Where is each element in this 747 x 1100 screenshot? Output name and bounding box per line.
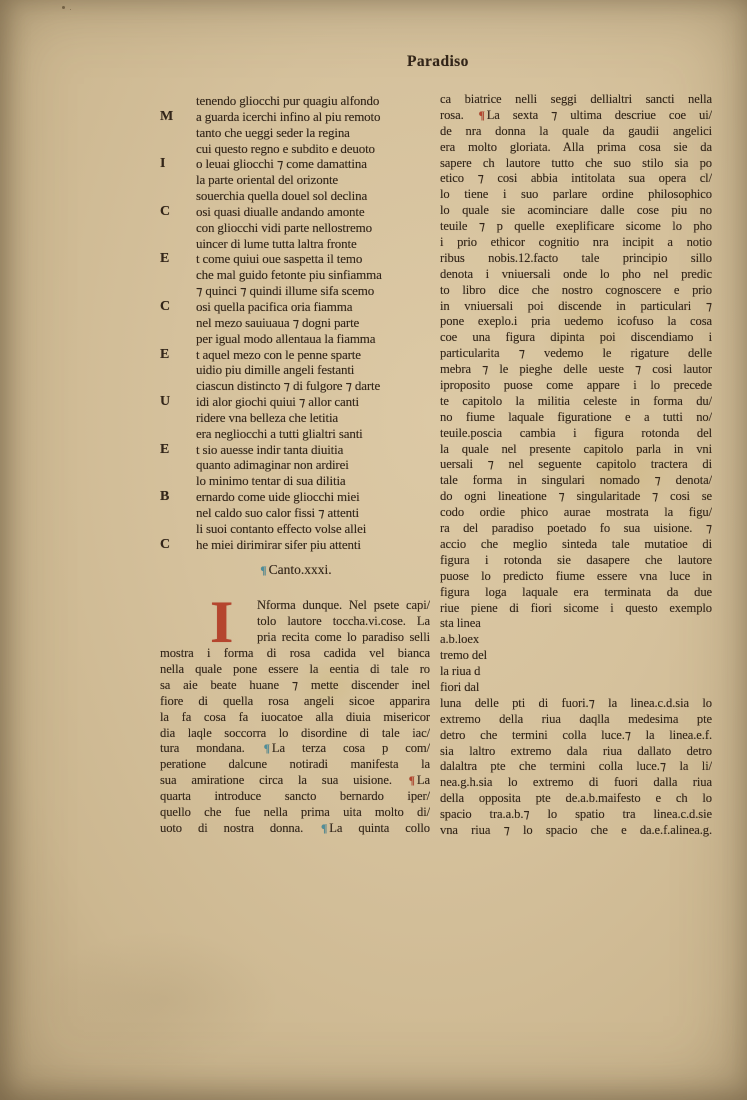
right-column: ca biatrice nelli seggi dellialtri sanct… bbox=[440, 92, 712, 839]
text-line: quello che fue nella prima uita molto di… bbox=[160, 805, 430, 821]
text-line: tura mondana. ¶La terza cosa p com/ bbox=[160, 741, 430, 757]
verse-line: Et aquel mezo con le penne sparte bbox=[160, 347, 430, 363]
verse-line: ciascun distincto ⁊ di fulgore ⁊ darte bbox=[160, 378, 430, 394]
verse-initial bbox=[160, 410, 196, 426]
text-line: peratione dalcune notiradi manifesta la bbox=[160, 757, 430, 773]
verse-initial bbox=[160, 93, 196, 109]
text-line: uersali ⁊ nel seguente capitolo tractera… bbox=[440, 457, 712, 473]
verse-line: cui questo regno e subdito e deuoto bbox=[160, 141, 430, 157]
verse-text: era negliocchi a tutti glialtri santi bbox=[196, 426, 363, 442]
verse-text: o leuai gliocchi ⁊ come damattina bbox=[196, 156, 367, 172]
text-line: coe una figura dipinta poi discendiamo i bbox=[440, 330, 712, 346]
text-line: sua amiratione circa la sua uisione. ¶La bbox=[160, 773, 430, 789]
ink-smudge bbox=[62, 6, 72, 12]
verse-initial bbox=[160, 315, 196, 331]
verse-line: li suoi contanto effecto volse allei bbox=[160, 521, 430, 537]
verse-initial: E bbox=[160, 442, 196, 458]
verse-text: che mal guido fetonte piu sinfiamma bbox=[196, 267, 382, 283]
verse-initial bbox=[160, 362, 196, 378]
verse-initial: B bbox=[160, 489, 196, 505]
book-page: Paradiso tenendo gliocchi pur quagiu alf… bbox=[0, 0, 747, 1100]
verse-text: nel mezo sauiuaua ⁊ dogni parte bbox=[196, 315, 359, 331]
verse-initial bbox=[160, 236, 196, 252]
verse-line: uincer di lume tutta laltra fronte bbox=[160, 236, 430, 252]
verse-text: lo minimo tentar di sua dilitia bbox=[196, 473, 346, 489]
verse-text: a guarda icerchi infino al piu remoto bbox=[196, 109, 380, 125]
verse-text: osi quella pacifica oria fiamma bbox=[196, 299, 352, 315]
verse-initial: C bbox=[160, 204, 196, 220]
text-line: de nra donna la quale da gaudii angelici bbox=[440, 124, 712, 140]
left-commentary-lines: Nforma dunque. Nel psete capi/tolo lauto… bbox=[160, 598, 430, 836]
left-commentary: I Nforma dunque. Nel psete capi/tolo lau… bbox=[160, 598, 430, 836]
text-line: pria recita come lo paradiso selli bbox=[160, 630, 430, 646]
text-line: tolo lautore toccha.vi.cose. La bbox=[160, 614, 430, 630]
text-line: mostra i forma di rosa cadida vel bianca bbox=[160, 646, 430, 662]
text-line: figura i rotonda sie dasapere che lautor… bbox=[440, 553, 712, 569]
verse-text: t come quiui oue saspetta il temo bbox=[196, 251, 362, 267]
text-line: lo quale sie acominciare dalle cose piu … bbox=[440, 203, 712, 219]
verse-line: la parte oriental del orizonte bbox=[160, 172, 430, 188]
right-commentary-lines: ca biatrice nelli seggi dellialtri sanct… bbox=[440, 92, 712, 839]
text-line: denota i vniuersali onde lo pho nel pred… bbox=[440, 267, 712, 283]
text-line: puose lo predicto fiume essere vna luce … bbox=[440, 569, 712, 585]
text-line: teuile.poscia cambia i figura rotonda de… bbox=[440, 426, 712, 442]
text-line: i prio ethicor cognitio nra incipit a no… bbox=[440, 235, 712, 251]
canto-heading: ¶Canto.xxxi. bbox=[160, 562, 430, 578]
verse-line: Io leuai gliocchi ⁊ come damattina bbox=[160, 156, 430, 172]
verse-text: cui questo regno e subdito e deuoto bbox=[196, 141, 375, 157]
verse-line: che mal guido fetonte piu sinfiamma bbox=[160, 267, 430, 283]
text-line: sa aie beate huane ⁊ mette discender ine… bbox=[160, 678, 430, 694]
text-line: dalaltra pte che termini colla luce.⁊ la… bbox=[440, 759, 712, 775]
text-line: codo ordie phico aurae mostrata la figu/ bbox=[440, 505, 712, 521]
verse-text: idi alor giochi quiui ⁊ allor canti bbox=[196, 394, 359, 410]
text-line: tremo del bbox=[440, 648, 712, 664]
text-line: no fiume laquale figuratione e a tutti n… bbox=[440, 410, 712, 426]
canto-title: Canto.xxxi. bbox=[269, 562, 332, 577]
text-line: ra del paradiso poetado fo sua uisione. … bbox=[440, 521, 712, 537]
verse-text: ernardo come uide gliocchi miei bbox=[196, 489, 360, 505]
verse-initial: C bbox=[160, 299, 196, 315]
verse-line: Cosi quella pacifica oria fiamma bbox=[160, 299, 430, 315]
verse-line: uidio piu dimille angeli festanti bbox=[160, 362, 430, 378]
verse-text: osi quasi diualle andando amonte bbox=[196, 204, 365, 220]
text-line: la quale nel presente capitolo parla in … bbox=[440, 442, 712, 458]
verse-line: Cosi quasi diualle andando amonte bbox=[160, 204, 430, 220]
left-column: tenendo gliocchi pur quagiu alfondoMa gu… bbox=[160, 93, 430, 837]
text-line: tale forma in singulari nomado ⁊ denota/ bbox=[440, 473, 712, 489]
text-line: della opposita pte de.a.b.maifesto e ch … bbox=[440, 791, 712, 807]
verse-line: tanto che ueggi seder la regina bbox=[160, 125, 430, 141]
pilcrow-icon: ¶ bbox=[258, 565, 268, 577]
verse-line: Et sio auesse indir tanta diuitia bbox=[160, 442, 430, 458]
verse-text: ⁊ quinci ⁊ quindi illume sifa scemo bbox=[196, 283, 374, 299]
pilcrow-icon: ¶ bbox=[407, 775, 417, 787]
verse-initial bbox=[160, 220, 196, 236]
text-line: ribus nobis.12.facto tale principio sill… bbox=[440, 251, 712, 267]
verse-line: ⁊ quinci ⁊ quindi illume sifa scemo bbox=[160, 283, 430, 299]
text-line: nella quale pone essere la eentia di tal… bbox=[160, 662, 430, 678]
verse-line: per igual modo allentaua la fiamma bbox=[160, 331, 430, 347]
verse-initial bbox=[160, 188, 196, 204]
text-line: pone exeplo.i pria uedemo icofuso la cos… bbox=[440, 314, 712, 330]
drop-cap-initial: I bbox=[210, 594, 238, 650]
verse-text: per igual modo allentaua la fiamma bbox=[196, 331, 375, 347]
verse-text: t sio auesse indir tanta diuitia bbox=[196, 442, 343, 458]
verse-line: ridere vna belleza che letitia bbox=[160, 410, 430, 426]
text-line: sta linea bbox=[440, 616, 712, 632]
verse-initial bbox=[160, 331, 196, 347]
text-line: particularita ⁊ vedemo le rigature delle bbox=[440, 346, 712, 362]
verse-line: Uidi alor giochi quiui ⁊ allor canti bbox=[160, 394, 430, 410]
verse-line: lo minimo tentar di sua dilitia bbox=[160, 473, 430, 489]
text-line: luna delle pti di fuori.⁊ la linea.c.d.s… bbox=[440, 696, 712, 712]
verse-text: la parte oriental del orizonte bbox=[196, 172, 338, 188]
text-line: uoto di nostra donna. ¶La quinta collo bbox=[160, 821, 430, 837]
text-line: a.b.loex bbox=[440, 632, 712, 648]
verse-text: con gliocchi vidi parte nellostremo bbox=[196, 220, 372, 236]
verse-initial bbox=[160, 473, 196, 489]
verse-line: tenendo gliocchi pur quagiu alfondo bbox=[160, 93, 430, 109]
text-line: do ogni lineatione ⁊ singularitade ⁊ cos… bbox=[440, 489, 712, 505]
verse-line: Bernardo come uide gliocchi miei bbox=[160, 489, 430, 505]
verse-initial: U bbox=[160, 394, 196, 410]
pilcrow-icon: ¶ bbox=[477, 110, 487, 122]
text-line: ca biatrice nelli seggi dellialtri sanct… bbox=[440, 92, 712, 108]
text-line: iproposito puose come appare i lo preced… bbox=[440, 378, 712, 394]
verse-initial bbox=[160, 283, 196, 299]
running-header: Paradiso bbox=[407, 53, 469, 71]
text-line: sapere ch lautore tutto che suo stilo si… bbox=[440, 156, 712, 172]
verse-initial bbox=[160, 505, 196, 521]
verse-block: tenendo gliocchi pur quagiu alfondoMa gu… bbox=[160, 93, 430, 552]
verse-initial bbox=[160, 125, 196, 141]
text-line: fiori dal bbox=[440, 680, 712, 696]
verse-line: nel caldo suo calor fissi ⁊ attenti bbox=[160, 505, 430, 521]
verse-text: tanto che ueggi seder la regina bbox=[196, 125, 350, 141]
verse-line: Ma guarda icerchi infino al piu remoto bbox=[160, 109, 430, 125]
text-line: etico ⁊ cosi abbia intitolata sua opera … bbox=[440, 171, 712, 187]
text-line: accio che meglio sinteda tale mutatioe d… bbox=[440, 537, 712, 553]
verse-initial: E bbox=[160, 347, 196, 363]
text-line: nea.g.h.sia lo extremo di fuori dalla ri… bbox=[440, 775, 712, 791]
verse-initial bbox=[160, 426, 196, 442]
verse-initial: C bbox=[160, 537, 196, 553]
pilcrow-icon: ¶ bbox=[319, 823, 329, 835]
verse-initial bbox=[160, 378, 196, 394]
verse-initial: I bbox=[160, 156, 196, 172]
text-line: te capitolo la militia celeste in forma … bbox=[440, 394, 712, 410]
text-line: la fa cosa fa iuocatoe alla diuia miseri… bbox=[160, 710, 430, 726]
verse-text: uidio piu dimille angeli festanti bbox=[196, 362, 354, 378]
text-line: to libro dice che nostro cognoscere e pr… bbox=[440, 283, 712, 299]
verse-line: Et come quiui oue saspetta il temo bbox=[160, 251, 430, 267]
text-line: rosa. ¶La sexta ⁊ ultima descriue coe ui… bbox=[440, 108, 712, 124]
verse-text: nel caldo suo calor fissi ⁊ attenti bbox=[196, 505, 359, 521]
pilcrow-icon: ¶ bbox=[262, 743, 272, 755]
text-line: detro che termini colla luce.⁊ la linea.… bbox=[440, 728, 712, 744]
text-line: vna riua ⁊ lo spacio che e da.e.f.alinea… bbox=[440, 823, 712, 839]
text-line: figura loga laquale era terminata da due bbox=[440, 585, 712, 601]
text-line: teuile ⁊ p quelle exeplificare sicome lo… bbox=[440, 219, 712, 235]
text-line: era molto gloriata. Alla prima cosa sie … bbox=[440, 140, 712, 156]
text-line: extremo della riua daqlla medesima pte bbox=[440, 712, 712, 728]
verse-text: he miei dirimirar sifer piu attenti bbox=[196, 537, 361, 553]
text-line: mebra ⁊ le pieghe delle ueste ⁊ cosi lau… bbox=[440, 362, 712, 378]
text-line: dia laqle soccorra lo disordine di tale … bbox=[160, 726, 430, 742]
verse-text: tenendo gliocchi pur quagiu alfondo bbox=[196, 93, 379, 109]
verse-line: nel mezo sauiuaua ⁊ dogni parte bbox=[160, 315, 430, 331]
verse-line: quanto adimaginar non ardirei bbox=[160, 457, 430, 473]
verse-text: t aquel mezo con le penne sparte bbox=[196, 347, 361, 363]
verse-initial bbox=[160, 521, 196, 537]
text-line: spacio tra.a.b.⁊ lo spatio tra linea.c.d… bbox=[440, 807, 712, 823]
text-line: la riua d bbox=[440, 664, 712, 680]
verse-text: uincer di lume tutta laltra fronte bbox=[196, 236, 357, 252]
text-line: quarta introduce sancto bernardo iper/ bbox=[160, 789, 430, 805]
text-line: fiore di quella rosa angeli sicoe appari… bbox=[160, 694, 430, 710]
verse-text: souerchia quella douel sol declina bbox=[196, 188, 367, 204]
verse-initial: M bbox=[160, 109, 196, 125]
verse-text: quanto adimaginar non ardirei bbox=[196, 457, 349, 473]
verse-line: era negliocchi a tutti glialtri santi bbox=[160, 426, 430, 442]
verse-line: con gliocchi vidi parte nellostremo bbox=[160, 220, 430, 236]
parchment-stain bbox=[40, 930, 280, 1070]
verse-text: ridere vna belleza che letitia bbox=[196, 410, 338, 426]
verse-initial bbox=[160, 172, 196, 188]
text-line: Nforma dunque. Nel psete capi/ bbox=[160, 598, 430, 614]
verse-initial: E bbox=[160, 251, 196, 267]
text-line: lo tiene i suo parlare ordine philosophi… bbox=[440, 187, 712, 203]
verse-text: ciascun distincto ⁊ di fulgore ⁊ darte bbox=[196, 378, 380, 394]
verse-line: Che miei dirimirar sifer piu attenti bbox=[160, 537, 430, 553]
verse-initial bbox=[160, 141, 196, 157]
text-line: riue piene di fiori sicome i questo exem… bbox=[440, 601, 712, 617]
text-line: in vniuersali poi discende in particular… bbox=[440, 299, 712, 315]
verse-initial bbox=[160, 457, 196, 473]
text-line: sia laltro extremo dala riua dallato det… bbox=[440, 744, 712, 760]
verse-text: li suoi contanto effecto volse allei bbox=[196, 521, 366, 537]
verse-line: souerchia quella douel sol declina bbox=[160, 188, 430, 204]
verse-initial bbox=[160, 267, 196, 283]
